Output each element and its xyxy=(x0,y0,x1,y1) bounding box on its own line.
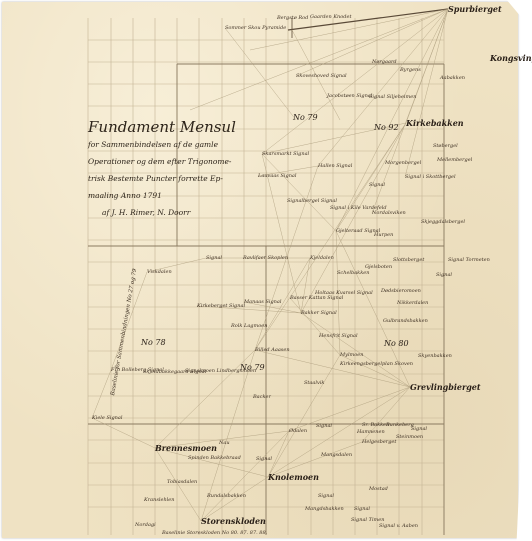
station-label: Nørgaard xyxy=(372,59,397,65)
sheet-number: No 80 xyxy=(384,341,409,347)
station-label: Skoveshoved Signal xyxy=(296,73,347,79)
subtitle-line: trisk Bestemte Puncter forrette Ep- xyxy=(88,170,258,187)
station-label: Signal xyxy=(256,456,272,462)
station-label: Tobiasdalen xyxy=(167,479,197,485)
station-label: Mangsdalen xyxy=(321,452,352,458)
sheet-number: No 78 xyxy=(141,340,166,346)
sheet-number: No 79 xyxy=(293,115,318,121)
station-label: Hensfrit Signal xyxy=(319,333,358,339)
station-label: Hallen Signal xyxy=(318,163,352,169)
major-station-label: Kirkebakken xyxy=(406,120,464,126)
station-label: Rolk Lagmoen xyxy=(231,323,267,329)
station-label: Kirkeberget Signal xyxy=(197,303,245,309)
station-label: Ødalen xyxy=(289,428,307,434)
subtitle-line: Operationer og dem efter Trigonome- xyxy=(88,153,258,170)
station-label: Billed Aaasen xyxy=(255,347,290,353)
station-label: Helgesberget xyxy=(362,439,396,445)
station-label: Nikkerdalen xyxy=(397,300,428,306)
station-label: Gulbrandsbakken xyxy=(383,318,428,324)
station-label: Steinmoen xyxy=(396,434,423,440)
major-station-label: Spurbierget xyxy=(448,6,502,12)
station-label: Signalbergel Signal xyxy=(287,198,337,204)
major-station-label: Grevlingbierget xyxy=(410,384,481,390)
station-label: Hamnenen xyxy=(357,429,385,435)
sheet-number: No 79 xyxy=(240,365,265,371)
station-label: Mostad xyxy=(369,486,388,492)
major-station-label: Storenskloden xyxy=(201,518,266,524)
station-label: Signal xyxy=(436,272,452,278)
station-label: Kiele Signal xyxy=(92,415,122,421)
station-label: Nau xyxy=(219,440,230,446)
station-label: Skarsmarkt Signal xyxy=(262,151,309,157)
bottom-note: Baselinie Storeskloden No 80. 87. 87. 88… xyxy=(162,530,267,536)
major-station-label: Brennesmoen xyxy=(155,445,217,451)
station-label: Mylmoen xyxy=(340,352,363,358)
subtitle-line: maaling Anno 1791 xyxy=(88,187,258,204)
station-label: Sommer Skou Pyramide xyxy=(225,25,286,31)
station-label: Skyenbakken xyxy=(418,353,452,359)
map-title: Fundament Mensul xyxy=(88,118,258,136)
station-label: Dødsbieromoen xyxy=(381,288,421,294)
station-label: Signal i Skottbergel xyxy=(405,174,456,180)
station-label: Signal xyxy=(411,426,427,432)
station-label: Aabakken xyxy=(440,75,465,81)
station-label: Morgenbergel xyxy=(385,160,421,166)
station-label: Signal Siljeheimen xyxy=(369,94,416,100)
station-label: Lauvaas Signal xyxy=(258,173,297,179)
station-label: Nordagi xyxy=(135,522,156,528)
station-label: Bakker Signal xyxy=(301,310,337,316)
map-title-block: Fundament Mensul for Sammenbindelsen af … xyxy=(88,118,258,221)
station-label: Rundalsbakken xyxy=(207,493,246,499)
station-label: Schelbakken xyxy=(337,270,369,276)
station-label: Mangdsbakken xyxy=(305,506,344,512)
sheet-number: No 92 xyxy=(374,125,399,131)
station-label: Spinden Bakkebraad xyxy=(188,455,241,461)
station-label: Bunkeberg xyxy=(386,422,414,428)
station-label: Ravlifaer Skoplen xyxy=(243,255,288,261)
station-label: Signal Tormeten xyxy=(448,257,490,263)
station-label: Signal xyxy=(318,493,334,499)
station-label: Hurpen xyxy=(374,232,393,238)
station-label: Bergstø Rod xyxy=(277,15,308,21)
station-label: Kranslehlen xyxy=(144,497,174,503)
station-label: Nordalsviken xyxy=(372,210,406,216)
station-label: Signal xyxy=(369,182,385,188)
major-station-label: Knolemoen xyxy=(268,474,319,480)
station-label: Jacobstøen Signal xyxy=(327,93,372,99)
station-label: Kjeldalen xyxy=(310,255,334,261)
subtitle-line: af J. H. Rimer, N. Doorr xyxy=(88,204,258,221)
station-label: Backer xyxy=(253,394,271,400)
station-label: Signal xyxy=(354,506,370,512)
major-station-label: Kongsvinger xyxy=(490,55,532,61)
station-label: Signal xyxy=(316,423,332,429)
station-label: Slottsberget xyxy=(393,257,424,263)
station-label: Byrgens xyxy=(400,67,421,73)
station-label: Signal v. Aaben xyxy=(379,523,418,529)
station-label: Manaas Signal xyxy=(244,299,281,305)
station-label: Staalvik xyxy=(304,380,324,386)
station-label: Støbergel xyxy=(433,143,458,149)
station-label: Gaarden Knodet xyxy=(310,14,351,20)
station-label: Mellembergel xyxy=(437,157,472,163)
station-label: Kirkeengsbergelplan Skoven xyxy=(340,361,413,367)
station-label: Holtaas Kvarsel Signal xyxy=(315,290,373,296)
subtitle-line: for Sammenbindelsen af de gamle xyxy=(88,136,258,153)
station-label: Skjeggdalsbergel xyxy=(421,219,465,225)
station-label: Viskdalen xyxy=(147,269,172,275)
station-label: Signal xyxy=(206,255,222,261)
